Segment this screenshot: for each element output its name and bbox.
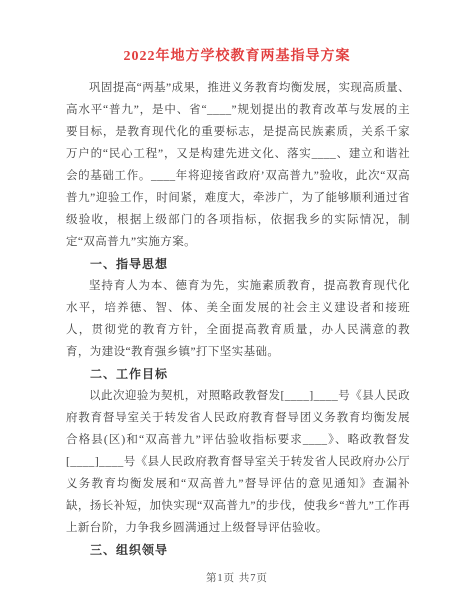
document-body: 巩固提高“两基”成果，推进义务教育均衡发展，实现高质量、高水平“普九”，是中、省… — [0, 67, 474, 561]
paragraph: 坚持育人为本、德育为先，实施素质教育，提高教育现代化水平，培养德、智、体、美全面… — [66, 275, 410, 363]
document-page: 2022年地方学校教育两基指导方案 巩固提高“两基”成果，推进义务教育均衡发展，… — [0, 0, 474, 613]
section-heading: 二、工作目标 — [66, 363, 410, 385]
section-heading: 三、组织领导 — [66, 539, 410, 561]
section-heading: 一、指导思想 — [66, 253, 410, 275]
paragraph: 以此次迎验为契机，对照略政教督发[____]____号《县人民政府教育督导室关于… — [66, 385, 410, 539]
paragraph: 巩固提高“两基”成果，推进义务教育均衡发展，实现高质量、高水平“普九”，是中、省… — [66, 77, 410, 253]
page-number: 第1页 共7页 — [0, 570, 474, 585]
document-title: 2022年地方学校教育两基指导方案 — [0, 0, 474, 67]
